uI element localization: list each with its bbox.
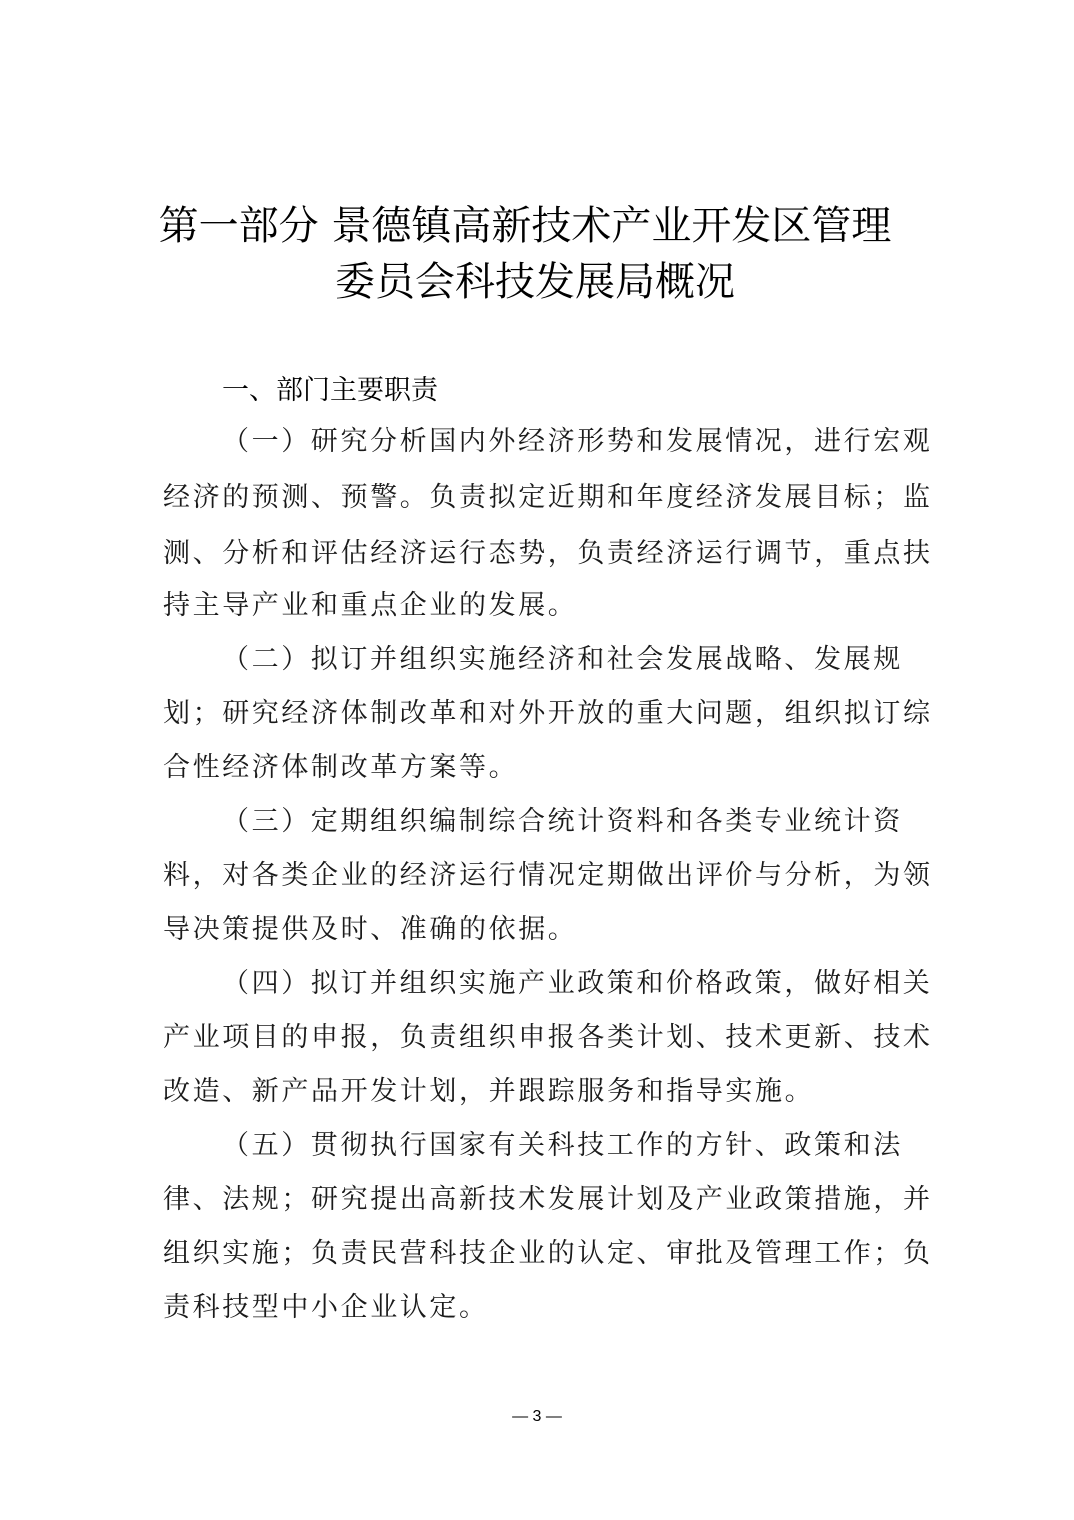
section-heading: 一、部门主要职责 — [222, 368, 438, 407]
paragraph-line: 测、分析和评估经济运行态势，负责经济运行调节，重点扶 — [163, 534, 933, 574]
paragraph-line: （一）研究分析国内外经济形势和发展情况，进行宏观 — [222, 422, 932, 462]
paragraph-line: （五）贯彻执行国家有关科技工作的方针、政策和法 — [222, 1126, 903, 1166]
paragraph-line: 经济的预测、预警。负责拟定近期和年度经济发展目标；监 — [163, 478, 933, 518]
paragraph-line: 责科技型中小企业认定。 — [163, 1288, 489, 1328]
page-title-line-2: 委员会科技发展局概况 — [0, 250, 1072, 307]
paragraph-line: 持主导产业和重点企业的发展。 — [163, 586, 577, 626]
paragraph-line: 合性经济体制改革方案等。 — [163, 748, 518, 788]
paragraph-line: （四）拟订并组织实施产业政策和价格政策，做好相关 — [222, 964, 932, 1004]
page-number: — 3 — — [0, 1408, 1074, 1426]
paragraph-line: 组织实施；负责民营科技企业的认定、审批及管理工作；负 — [163, 1234, 933, 1274]
document-page: 第一部分 景德镇高新技术产业开发区管理 委员会科技发展局概况 一、部门主要职责 … — [0, 0, 1074, 1520]
paragraph-line: 料，对各类企业的经济运行情况定期做出评价与分析，为领 — [163, 856, 933, 896]
paragraph-line: （三）定期组织编制综合统计资料和各类专业统计资 — [222, 802, 903, 842]
paragraph-line: 划；研究经济体制改革和对外开放的重大问题，组织拟订综 — [163, 694, 933, 734]
page-title-line-1: 第一部分 景德镇高新技术产业开发区管理 — [0, 194, 1062, 251]
paragraph-line: 律、法规；研究提出高新技术发展计划及产业政策措施，并 — [163, 1180, 933, 1220]
paragraph-line: 改造、新产品开发计划，并跟踪服务和指导实施。 — [163, 1072, 814, 1112]
paragraph-line: （二）拟订并组织实施经济和社会发展战略、发展规 — [222, 640, 903, 680]
paragraph-line: 导决策提供及时、准确的依据。 — [163, 910, 577, 950]
paragraph-line: 产业项目的申报，负责组织申报各类计划、技术更新、技术 — [163, 1018, 933, 1058]
